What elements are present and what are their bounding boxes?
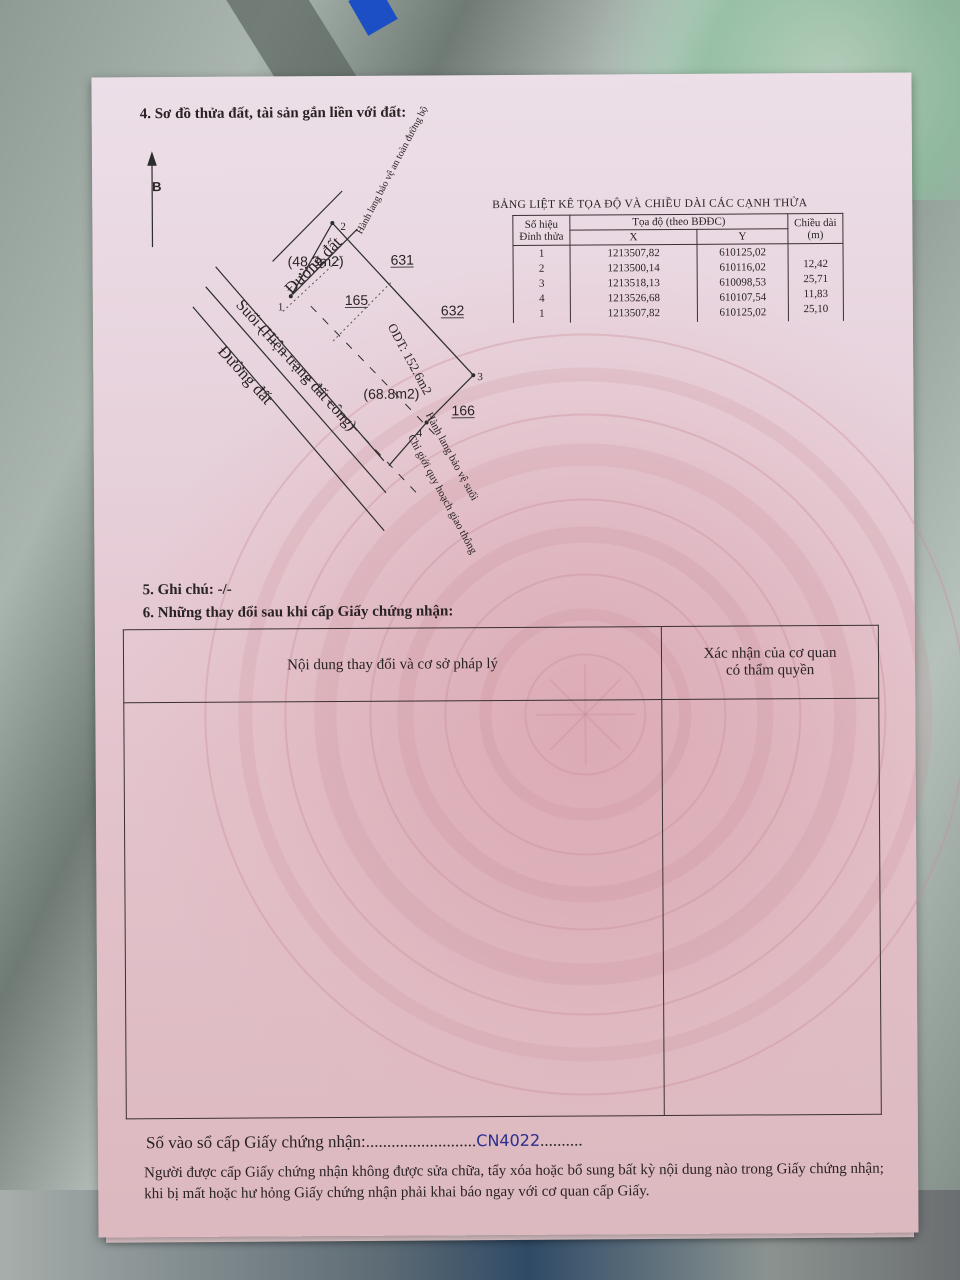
- vertex-4: 4: [417, 428, 423, 440]
- vertex-2: 2: [340, 221, 346, 233]
- parcel-diagram: B Đường đất Hành lang bảo vệ an toàn đườ…: [132, 135, 525, 597]
- y-values: 610125,02610116,02610098,53610107,546101…: [697, 244, 788, 322]
- vertex-3: 3: [477, 371, 483, 383]
- length-header: Chiều dài (m): [788, 213, 843, 243]
- x-values: 1213507,821213500,141213518,131213526,68…: [570, 244, 697, 322]
- parcel-165: 165: [345, 293, 368, 308]
- registration-dots-after: ..........: [540, 1131, 583, 1150]
- vertex-header: Số hiệu Đỉnh thửa: [513, 215, 570, 245]
- authority-line2: có thẩm quyền: [726, 662, 814, 679]
- parcel-632: 632: [441, 303, 464, 318]
- background-tape: [348, 0, 397, 36]
- certificate-page: 4. Sơ đồ thửa đất, tài sản gắn liền với …: [91, 73, 918, 1238]
- y-header: Y: [697, 229, 788, 245]
- changes-table: Nội dung thay đổi và cơ sở pháp lý Xác n…: [123, 625, 882, 1120]
- vertex-ids: 12341: [513, 245, 570, 323]
- changes-content-header: Nội dung thay đổi và cơ sở pháp lý: [123, 627, 661, 703]
- authority-confirmation-cell: [662, 698, 882, 1115]
- registration-number-line: Số vào sổ cấp Giấy chứng nhận:..........…: [146, 1131, 583, 1154]
- parcel-631: 631: [391, 253, 414, 268]
- coord-table: Số hiệu Đỉnh thửa Tọa độ (theo BĐĐC) Chi…: [512, 213, 844, 323]
- changes-content-cell: [124, 700, 665, 1119]
- north-arrow-label: B: [152, 179, 161, 194]
- registration-dots: ..........................: [366, 1131, 477, 1151]
- section4-title: 4. Sơ đồ thửa đất, tài sản gắn liền với …: [140, 105, 407, 124]
- vertex-1: 1: [278, 301, 284, 313]
- length-values: 12,4225,7111,8325,10: [788, 243, 843, 321]
- authority-confirmation-header: Xác nhận của cơ quan có thẩm quyền: [661, 625, 878, 699]
- authority-line1: Xác nhận của cơ quan: [704, 645, 837, 662]
- legal-notice: Người được cấp Giấy chứng nhận không đượ…: [144, 1159, 884, 1206]
- coords-header: Tọa độ (theo BĐĐC): [570, 214, 788, 230]
- x-header: X: [570, 229, 697, 245]
- area-bottom-label: (68.8m2): [363, 386, 419, 402]
- parcel-166: 166: [451, 403, 474, 418]
- registration-number: CN4022: [476, 1131, 540, 1150]
- area-top-label: (48.3m2): [288, 253, 344, 269]
- section5-title: 5. Ghi chú: -/-: [143, 582, 232, 600]
- coord-table-title: BẢNG LIỆT KÊ TỌA ĐỘ VÀ CHIỀU DÀI CÁC CẠN…: [492, 197, 807, 211]
- registration-label: Số vào sổ cấp Giấy chứng nhận:: [146, 1132, 366, 1152]
- section6-title: 6. Những thay đổi sau khi cấp Giấy chứng…: [143, 603, 454, 622]
